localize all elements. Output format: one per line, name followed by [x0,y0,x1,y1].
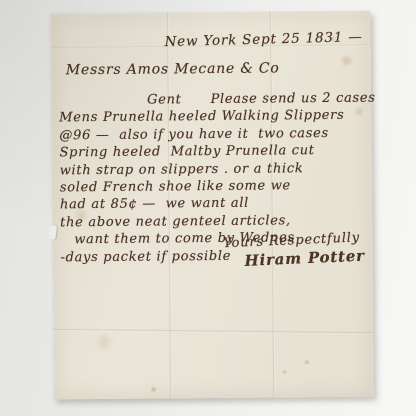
letter-body-line: @96 — also if you have it two cases [59,124,367,144]
paper-edge-tear [48,225,57,240]
letter-paper: New York Sept 25 1831 — Messrs Amos Meca… [50,11,373,400]
letter-body-line: Gent Please send us 2 cases [147,90,367,109]
foxing-stain [303,359,310,365]
horizontal-fold-bottom [53,328,373,334]
letter-dateline: New York Sept 25 1831 — [164,29,362,50]
foxing-stain [281,369,287,374]
foxing-stain [339,55,355,67]
letter-photograph: New York Sept 25 1831 — Messrs Amos Meca… [0,0,416,416]
foxing-stain [93,333,115,351]
foxing-stain [150,386,158,392]
letter-salutation: Messrs Amos Mecane & Co [66,60,280,78]
letter-signature: Hiram Potter [244,247,365,270]
